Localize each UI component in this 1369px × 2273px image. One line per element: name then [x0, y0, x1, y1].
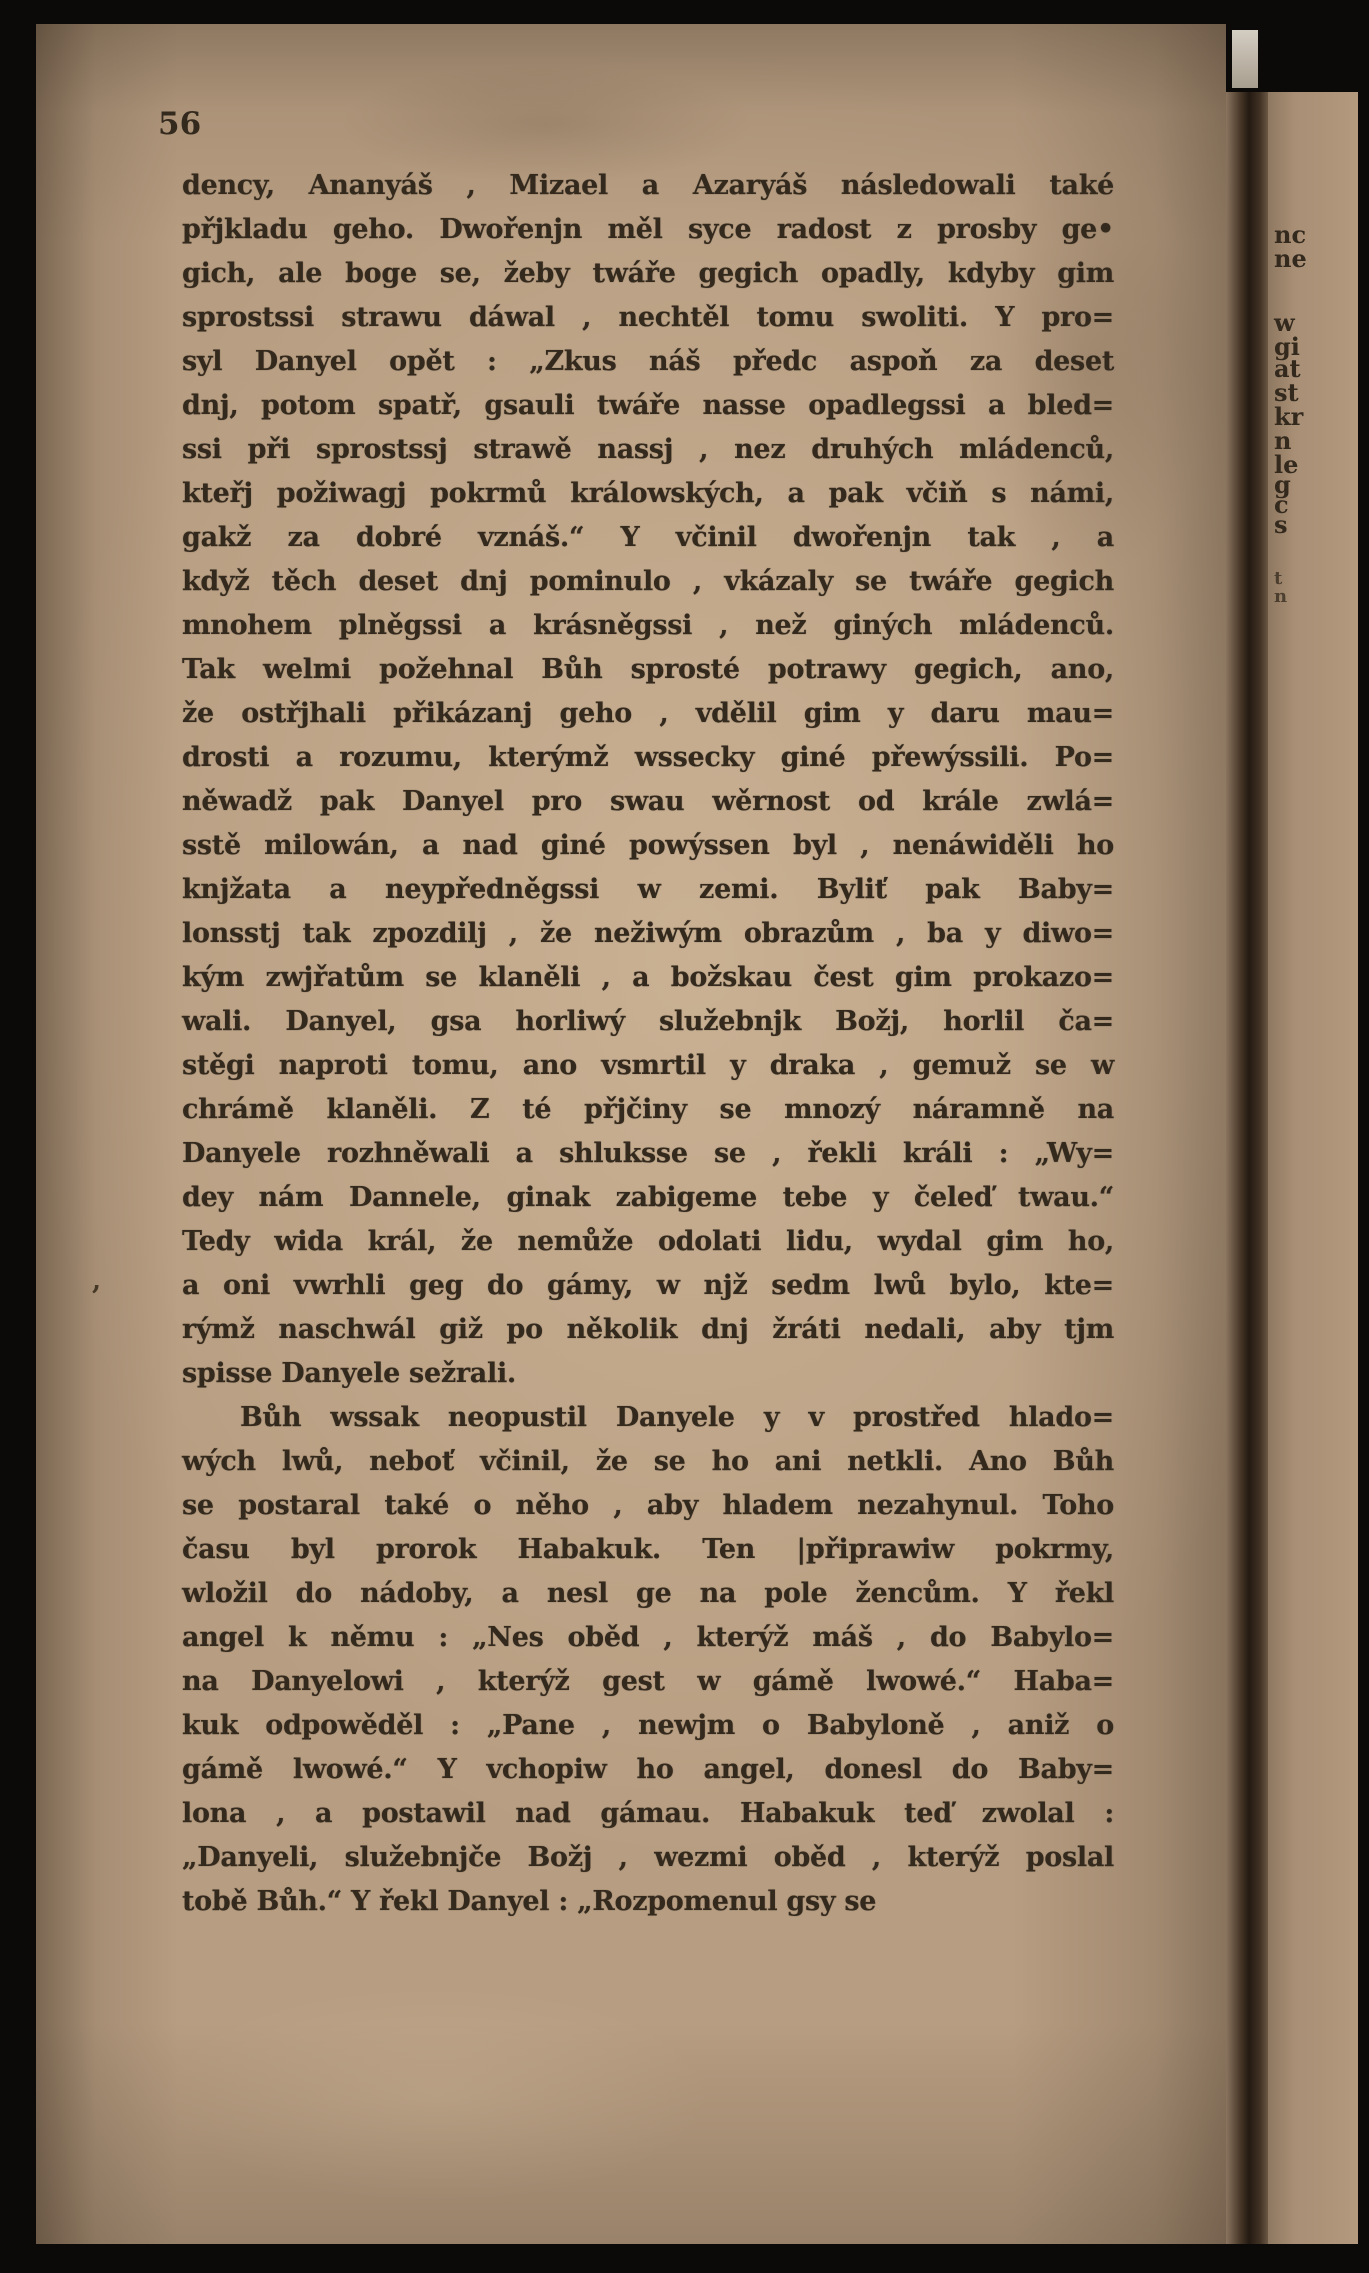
text-block: dency, Ananyáš , Mizael a Azaryáš násled… — [182, 164, 1114, 1924]
scan-edge-bottom — [0, 2244, 1369, 2273]
text-line: tobě Bůh.“ Y řekl Danyel : „Rozpomenul g… — [182, 1880, 1114, 1924]
text-line: když těch deset dnj pominulo , vkázaly s… — [182, 560, 1114, 604]
text-line: sprostssi strawu dáwal , nechtěl tomu sw… — [182, 296, 1114, 340]
text-line: wložil do nádoby, a nesl ge na pole ženc… — [182, 1572, 1114, 1616]
page-number: 56 — [158, 106, 201, 142]
text-line: mnohem plněgssi a krásněgssi , než ginýc… — [182, 604, 1114, 648]
facing-page-text-fragment: s — [1274, 512, 1288, 538]
text-line: spisse Danyele sežrali. — [182, 1352, 1114, 1396]
text-line: kteřj požiwagj pokrmů králowských, a pak… — [182, 472, 1114, 516]
text-line: času byl prorok Habakuk. Ten |připrawiw … — [182, 1528, 1114, 1572]
text-line: dnj, potom spatř, gsauli twáře nasse opa… — [182, 384, 1114, 428]
paper-stain — [156, 1984, 716, 2204]
scan-edge-top — [0, 0, 1369, 24]
facing-page-sliver: nc ne w gi at st kr n le g c s t n — [1268, 92, 1358, 2244]
scan-edge-left — [0, 0, 36, 2273]
text-line: angel k němu : „Nes oběd , kterýž máš , … — [182, 1616, 1114, 1660]
text-line: rýmž naschwál giž po několik dnj žráti n… — [182, 1308, 1114, 1352]
text-line: a oni vwrhli geg do gámy, w njž sedm lwů… — [182, 1264, 1114, 1308]
text-line: gámě lwowé.“ Y vchopiw ho angel, donesl … — [182, 1748, 1114, 1792]
text-line: knjžata a neypředněgssi w zemi. Byliť pa… — [182, 868, 1114, 912]
text-line: kým zwjřatům se klaněli , a božskau čest… — [182, 956, 1114, 1000]
text-line: drosti a rozumu, kterýmž wssecky giné př… — [182, 736, 1114, 780]
text-line: dey nám Dannele, ginak zabigeme tebe y č… — [182, 1176, 1114, 1220]
text-line: Danyele rozhněwali a shluksse se , řekli… — [182, 1132, 1114, 1176]
text-line: wých lwů, neboť včinil, že se ho ani net… — [182, 1440, 1114, 1484]
text-line: Tak welmi požehnal Bůh sprosté potrawy g… — [182, 648, 1114, 692]
facing-page-text-fragment: n — [1274, 584, 1287, 610]
text-line: že ostřjhali přikázanj geho , vdělil gim… — [182, 692, 1114, 736]
text-line: „Danyeli, služebnjče Božj , wezmi oběd ,… — [182, 1836, 1114, 1880]
text-line: kuk odpowěděl : „Pane , newjm o Babyloně… — [182, 1704, 1114, 1748]
text-line: Bůh wssak neopustil Danyele y v prostřed… — [182, 1396, 1114, 1440]
text-line: gakž za dobré vznáš.“ Y včinil dwořenjn … — [182, 516, 1114, 560]
text-line: se postaral také o něho , aby hladem nez… — [182, 1484, 1114, 1528]
text-line: Tedy wida král, že nemůže odolati lidu, … — [182, 1220, 1114, 1264]
text-line: dency, Ananyáš , Mizael a Azaryáš násled… — [182, 164, 1114, 208]
text-line: gich, ale boge se, žeby twáře gegich opa… — [182, 252, 1114, 296]
left-page: 56 dency, Ananyáš , Mizael a Azaryáš nás… — [36, 24, 1226, 2244]
scan-corner-notch — [1232, 30, 1258, 88]
text-line: lonsstj tak zpozdilj , že nežiwým obrazů… — [182, 912, 1114, 956]
text-line: wali. Danyel, gsa horliwý služebnjk Božj… — [182, 1000, 1114, 1044]
book-gutter-shadow — [1226, 92, 1268, 2244]
text-line: přjkladu geho. Dwořenjn měl syce radost … — [182, 208, 1114, 252]
text-line: něwadž pak Danyel pro swau wěrnost od kr… — [182, 780, 1114, 824]
margin-ink-mark: , — [92, 1266, 101, 1296]
text-line: lona , a postawil nad gámau. Habakuk teď… — [182, 1792, 1114, 1836]
facing-page-text-fragment: ne — [1274, 246, 1307, 272]
scan-edge-right — [1358, 0, 1369, 2273]
text-line: na Danyelowi , kterýž gest w gámě lwowé.… — [182, 1660, 1114, 1704]
book-scan: 56 dency, Ananyáš , Mizael a Azaryáš nás… — [0, 0, 1369, 2273]
text-line: syl Danyel opět : „Zkus náš předc aspoň … — [182, 340, 1114, 384]
text-line: chrámě klaněli. Z té přjčiny se mnozý ná… — [182, 1088, 1114, 1132]
text-line: stěgi naproti tomu, ano vsmrtil y draka … — [182, 1044, 1114, 1088]
text-line: ssi při sprostssj strawě nassj , nez dru… — [182, 428, 1114, 472]
text-line: sstě milowán, a nad giné powýssen byl , … — [182, 824, 1114, 868]
